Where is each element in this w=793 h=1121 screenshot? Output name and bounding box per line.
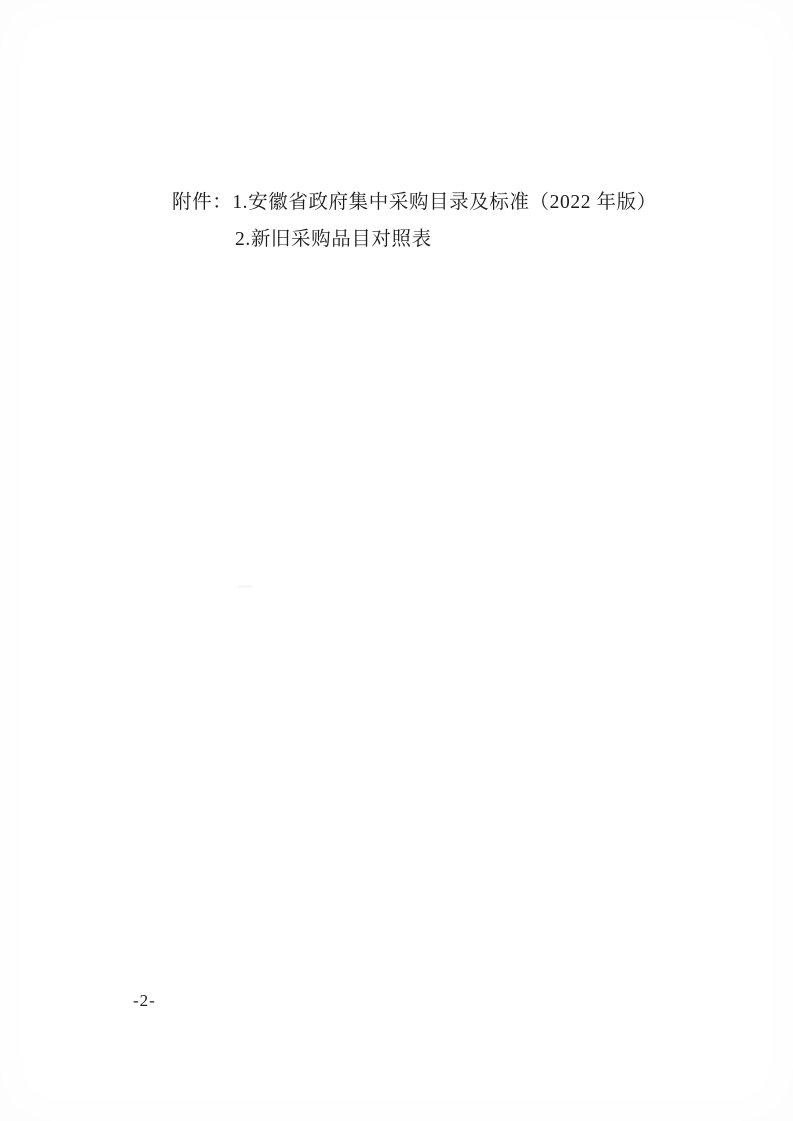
attachment-label: 附件： xyxy=(172,192,232,213)
attachment-line-1: 附件：1.安徽省政府集中采购目录及标准（2022 年版） xyxy=(172,184,657,221)
document-page: 附件：1.安徽省政府集中采购目录及标准（2022 年版） 2.新旧采购品目对照表… xyxy=(0,0,793,1121)
scan-artifact xyxy=(238,585,252,588)
page-number: -2- xyxy=(133,991,156,1011)
attachment-line-2: 2.新旧采购品目对照表 xyxy=(172,221,657,258)
attachment-item-2: 2.新旧采购品目对照表 xyxy=(235,229,432,250)
attachment-item-1: 1.安徽省政府集中采购目录及标准（2022 年版） xyxy=(232,192,657,213)
attachment-list: 附件：1.安徽省政府集中采购目录及标准（2022 年版） 2.新旧采购品目对照表 xyxy=(172,184,657,258)
